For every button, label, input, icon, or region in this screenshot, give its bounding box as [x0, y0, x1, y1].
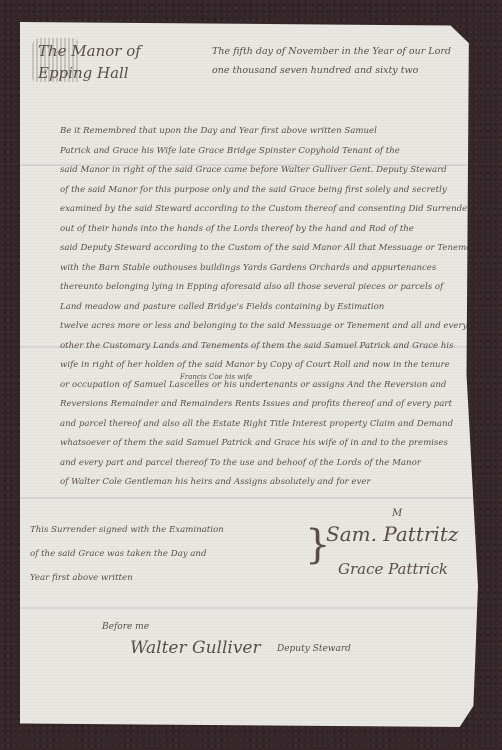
signature-grace-patrick: Grace Pattrick [338, 560, 448, 578]
signature-superscript: M [392, 508, 402, 519]
before-me-label: Before me [102, 622, 149, 632]
body-line: Land meadow and pasture called Bridge's … [60, 298, 470, 318]
manor-title-line-1: The Manor of [38, 40, 141, 62]
body-line: whatsoever of them the said Samuel Patri… [60, 434, 470, 454]
attestation-line: Year first above written [30, 566, 300, 590]
body-line: examined by the said Steward according t… [60, 200, 470, 220]
attestation-line: of the said Grace was taken the Day and [30, 542, 300, 566]
date-line: The fifth day of November in the Year of… [212, 42, 452, 80]
body-line: thereunto belonging lying in Epping afor… [60, 278, 470, 298]
body-line: Patrick and Grace his Wife late Grace Br… [60, 142, 470, 162]
paper-fold-line [20, 607, 478, 609]
manor-title: The Manor of Epping Hall [38, 40, 141, 84]
body-line: and parcel thereof and also all the Esta… [60, 415, 470, 435]
body-line: Reversions Remainder and Remainders Rent… [60, 395, 470, 415]
body-line: said Manor in right of the said Grace ca… [60, 161, 470, 181]
attestation-line: This Surrender signed with the Examinati… [30, 518, 300, 542]
body-line: said Deputy Steward according to the Cus… [60, 239, 470, 259]
body-line: of the said Manor for this purpose only … [60, 181, 470, 201]
signature-steward: Walter Gulliver [130, 638, 261, 658]
steward-title: Deputy Steward [277, 644, 351, 654]
body-line: Be it Remembred that upon the Day and Ye… [60, 122, 470, 142]
signature-samuel-patrick: Sam. Pattritz [326, 522, 458, 546]
body-line: out of their hands into the hands of the… [60, 220, 470, 240]
manuscript-page: The Manor of Epping Hall The fifth day o… [20, 22, 478, 727]
manor-title-line-2: Epping Hall [38, 62, 141, 84]
body-line: or occupation of Samuel Lascelles or his… [60, 376, 470, 396]
surrender-body: Be it Remembred that upon the Day and Ye… [60, 122, 470, 493]
body-line: other the Customary Lands and Tenements … [60, 337, 470, 357]
attestation-clause: This Surrender signed with the Examinati… [30, 518, 300, 590]
paper-fold-line [20, 497, 478, 499]
body-line: twelve acres more or less and belonging … [60, 317, 470, 337]
body-line: wife in right of her holden of the said … [60, 356, 470, 376]
body-line: of Walter Cole Gentleman his heirs and A… [60, 473, 470, 493]
body-line: with the Barn Stable outhouses buildings… [60, 259, 470, 279]
body-line: and every part and parcel thereof To the… [60, 454, 470, 474]
